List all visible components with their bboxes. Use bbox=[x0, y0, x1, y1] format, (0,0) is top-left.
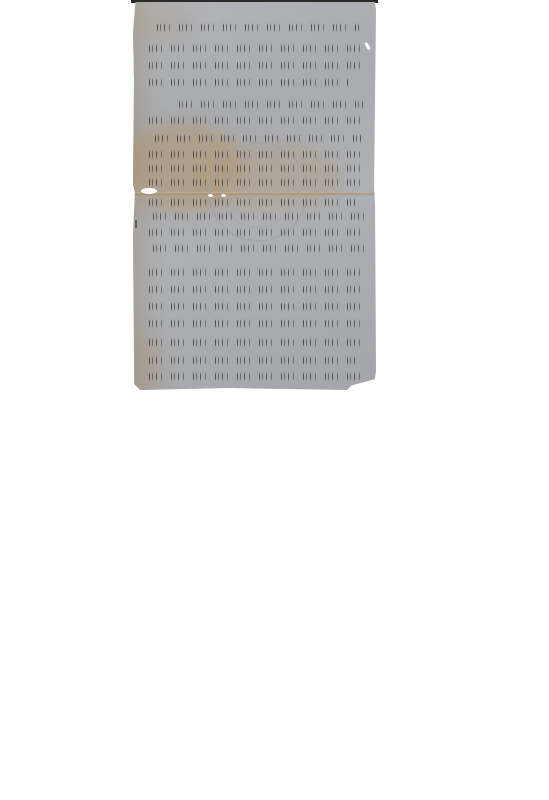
text-line bbox=[149, 372, 361, 381]
text-line bbox=[149, 356, 359, 365]
text-line bbox=[149, 319, 361, 328]
handwritten-text bbox=[133, 2, 376, 390]
text-line bbox=[149, 228, 367, 237]
text-line bbox=[149, 164, 367, 173]
text-line bbox=[149, 78, 349, 87]
text-line bbox=[149, 44, 369, 53]
text-line bbox=[153, 212, 368, 221]
canvas bbox=[0, 0, 549, 800]
text-line bbox=[157, 23, 362, 32]
text-line bbox=[149, 268, 367, 277]
text-line bbox=[153, 244, 368, 253]
text-line bbox=[155, 134, 365, 143]
text-line bbox=[149, 198, 359, 207]
text-line bbox=[179, 100, 364, 109]
text-line bbox=[149, 116, 364, 125]
text-line bbox=[149, 178, 367, 187]
text-line bbox=[149, 285, 369, 294]
text-line bbox=[149, 338, 361, 347]
text-line bbox=[149, 61, 364, 70]
manuscript-page bbox=[133, 2, 376, 390]
text-line bbox=[149, 150, 367, 159]
text-line bbox=[149, 302, 367, 311]
